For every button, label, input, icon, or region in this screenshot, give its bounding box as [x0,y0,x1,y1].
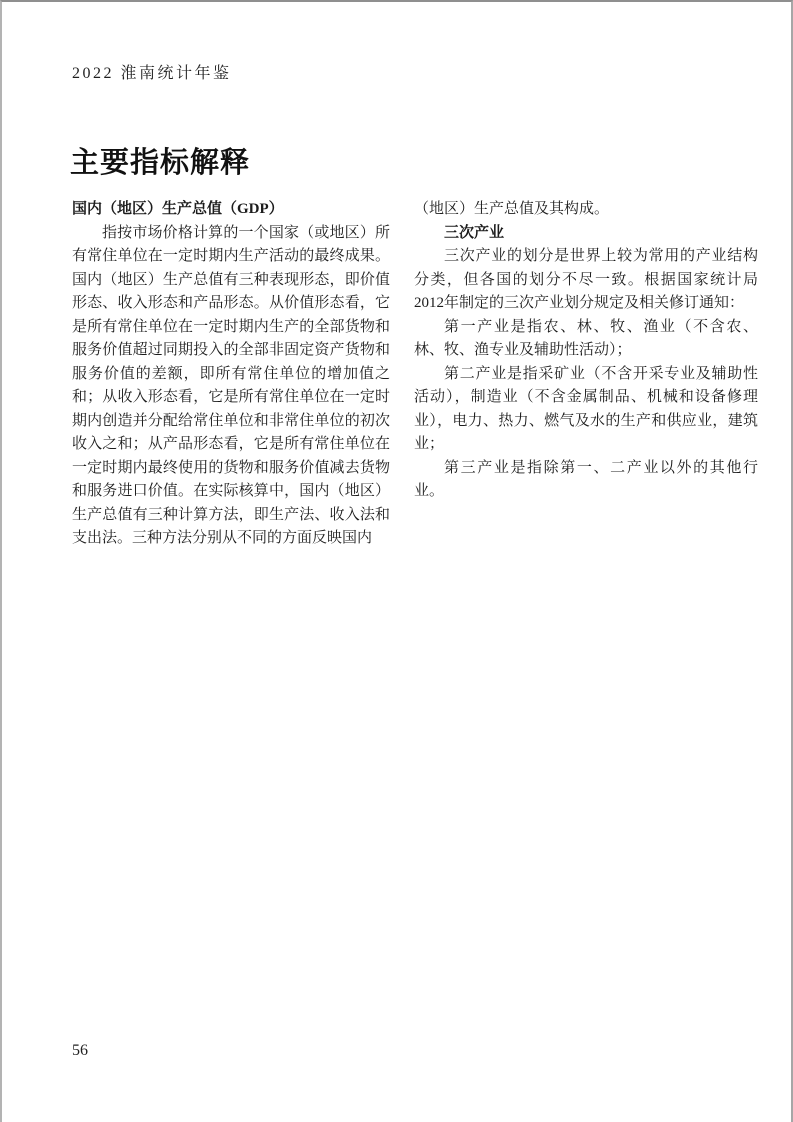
page-title: 主要指标解释 [70,140,250,181]
gdp-heading: 国内（地区）生产总值（GDP） [72,198,390,222]
primary-industry-paragraph: 第一产业是指农、林、牧、渔业（不含农、林、牧、渔专业及辅助性活动）； [414,316,758,363]
tertiary-industry-paragraph: 第三产业是指除第一、二产业以外的其他行业。 [414,457,758,504]
gdp-continuation-text: （地区）生产总值及其构成。 [414,198,758,222]
right-column: （地区）生产总值及其构成。 三次产业 三次产业的划分是世界上较为常用的产业结构分… [414,198,758,504]
page-number: 56 [72,1042,88,1060]
running-header: 2022 淮南统计年鉴 [72,60,232,83]
three-industries-heading: 三次产业 [414,222,758,246]
secondary-industry-paragraph: 第二产业是指采矿业（不含开采专业及辅助性活动），制造业（不含金属制品、机械和设备… [414,363,758,457]
left-column: 国内（地区）生产总值（GDP） 指按市场价格计算的一个国家（或地区）所有常住单位… [72,198,390,551]
yearbook-page: 2022 淮南统计年鉴 主要指标解释 国内（地区）生产总值（GDP） 指按市场价… [0,0,793,1122]
gdp-definition-paragraph: 指按市场价格计算的一个国家（或地区）所有常住单位在一定时期内生产活动的最终成果。… [72,222,390,551]
three-industries-intro-paragraph: 三次产业的划分是世界上较为常用的产业结构分类，但各国的划分不尽一致。根据国家统计… [414,245,758,316]
